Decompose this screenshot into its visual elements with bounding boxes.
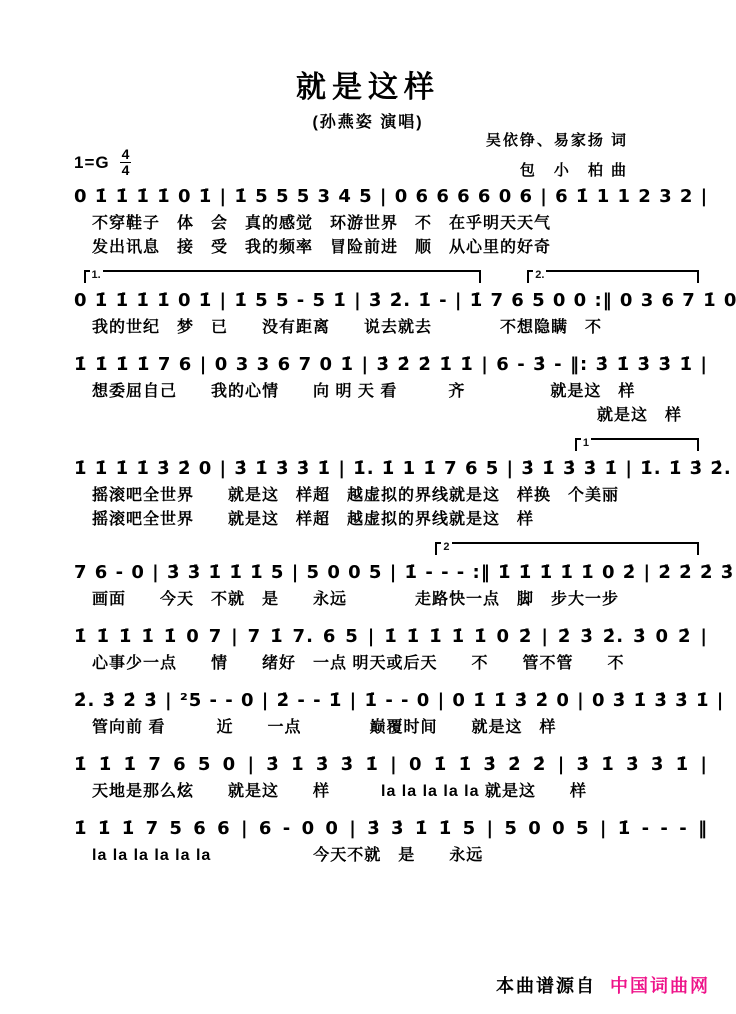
- key-signature: 1=G: [74, 153, 110, 173]
- lyric-line: 发出讯息 接 受 我的频率 冒险前进 顺 从心里的好奇: [74, 236, 708, 260]
- music-system-5: 2 7 6 - 0 | 3̇ 3̇ 1̇ 1̇ 1̇ 5 | 5 0 0 5 |…: [74, 542, 708, 612]
- notation-line: 0 1̇ 1̇ 1̇ 1̇ 0 1̇ | 1̇ 5 5 5 3 4 5 | 0 …: [74, 182, 708, 212]
- score: 0 1̇ 1̇ 1̇ 1̇ 0 1̇ | 1̇ 5 5 5 3 4 5 | 0 …: [74, 136, 708, 868]
- notation-line: 1̇ 1̇ 1̇ 7 6 5 0 | 3̇ 1̇ 3̇ 3̇ 1̇ | 0 1̇…: [74, 750, 708, 780]
- notation-line: 2̇. 3̇ 2̇ 3̇ | ²5 - - 0 | 2̇ - - 1̇ | 1̇…: [74, 686, 708, 716]
- music-system-8: 1̇ 1̇ 1̇ 7 6 5 0 | 3̇ 1̇ 3̇ 3̇ 1̇ | 0 1̇…: [74, 750, 708, 804]
- lyricist-credit: 吴依铮、易家扬 词: [486, 126, 628, 156]
- volta-bracket-2: 2.: [527, 270, 699, 283]
- source-attribution: 本曲谱源自中国词曲网: [496, 972, 710, 998]
- lyric-line: 想委屈自己 我的心情 向 明 天 看 齐 就是这 样: [74, 380, 708, 404]
- header: 就是这样 (孙燕姿 演唱): [0, 0, 736, 136]
- music-system-7: 2̇. 3̇ 2̇ 3̇ | ²5 - - 0 | 2̇ - - 1̇ | 1̇…: [74, 686, 708, 740]
- music-system-6: 1̇ 1̇ 1̇ 1̇ 1̇ 0 7 | 7 1̇ 7. 6 5 | 1̇ 1̇…: [74, 622, 708, 676]
- music-system-9: 1̇ 1̇ 1̇ 7 5 6 6 | 6 - 0 0 | 3̇ 3̇ 1̇ 1̇…: [74, 814, 708, 868]
- time-signature-numerator: 4: [120, 148, 132, 163]
- music-system-3: 1̇ 1̇ 1̇ 1̇ 7 6 | 0 3 3 6 7 0 1̇ | 3̇ 2̇…: [74, 350, 708, 428]
- lyric-line: 画面 今天 不就 是 永远 走路快一点 脚 步大一步: [74, 588, 708, 612]
- notation-line: 1̇ 1̇ 1̇ 1̇ 7 6 | 0 3 3 6 7 0 1̇ | 3̇ 2̇…: [74, 350, 708, 380]
- lyric-line: 摇滚吧全世界 就是这 样超 越虚拟的界线就是这 样: [74, 508, 708, 532]
- lyric-line: 我的世纪 梦 已 没有距离 说去就去 不想隐瞒 不: [74, 316, 708, 340]
- lyric-line: 摇滚吧全世界 就是这 样超 越虚拟的界线就是这 样换 个美丽: [74, 484, 708, 508]
- sheet-music-page: 就是这样 (孙燕姿 演唱) 吴依铮、易家扬 词 包 小 柏 曲 1=G 4 4 …: [0, 0, 736, 1014]
- lyric-line: 心事少一点 情 绪好 一点 明天或后天 不 管不管 不: [74, 652, 708, 676]
- lyric-line: 不穿鞋子 体 会 真的感觉 环游世界 不 在乎明天天气: [74, 212, 708, 236]
- time-signature-denominator: 4: [122, 163, 130, 177]
- notation-line: 1̇ 1̇ 1̇ 1̇ 1̇ 0 7 | 7 1̇ 7. 6 5 | 1̇ 1̇…: [74, 622, 708, 652]
- notation-line: 0 1̇ 1̇ 1̇ 1̇ 0 1̇ | 1̇ 5 5 - 5 1̇ | 3̇ …: [74, 286, 708, 316]
- song-title: 就是这样: [0, 70, 736, 106]
- notation-line: 1̇ 1̇ 1̇ 7 5 6 6 | 6 - 0 0 | 3̇ 3̇ 1̇ 1̇…: [74, 814, 708, 844]
- volta-bracket-2: 2: [435, 542, 699, 555]
- notation-line: 7 6 - 0 | 3̇ 3̇ 1̇ 1̇ 1̇ 5 | 5 0 0 5 | 1…: [74, 558, 708, 588]
- music-system-2: 1. 2. 0 1̇ 1̇ 1̇ 1̇ 0 1̇ | 1̇ 5 5 - 5 1̇…: [74, 270, 708, 340]
- music-system-1: 0 1̇ 1̇ 1̇ 1̇ 0 1̇ | 1̇ 5 5 5 3 4 5 | 0 …: [74, 182, 708, 260]
- music-system-4: 1 1̇ 1̇ 1̇ 1̇ 3̇ 2̇ 0 | 3̇ 1̇ 3̇ 3̇ 1̇ |…: [74, 438, 708, 532]
- attribution-prefix: 本曲谱源自: [496, 976, 596, 996]
- site-brand: 中国词曲网: [610, 976, 710, 996]
- lyric-line: la la la la la la 今天不就 是 永远: [74, 844, 708, 868]
- time-signature: 4 4: [120, 148, 132, 177]
- volta-bracket-1: 1.: [84, 270, 481, 283]
- lyric-line: 天地是那么炫 就是这 样 la la la la la 就是这 样: [74, 780, 708, 804]
- lyric-line: 管向前 看 近 一点 巅覆时间 就是这 样: [74, 716, 708, 740]
- key-signature-row: 1=G 4 4: [74, 148, 131, 177]
- volta-bracket-1: 1: [575, 438, 699, 451]
- credits: 吴依铮、易家扬 词 包 小 柏 曲: [486, 126, 628, 186]
- lyric-line: 就是这 样: [74, 404, 708, 428]
- notation-line: 1̇ 1̇ 1̇ 1̇ 3̇ 2̇ 0 | 3̇ 1̇ 3̇ 3̇ 1̇ | 1…: [74, 454, 708, 484]
